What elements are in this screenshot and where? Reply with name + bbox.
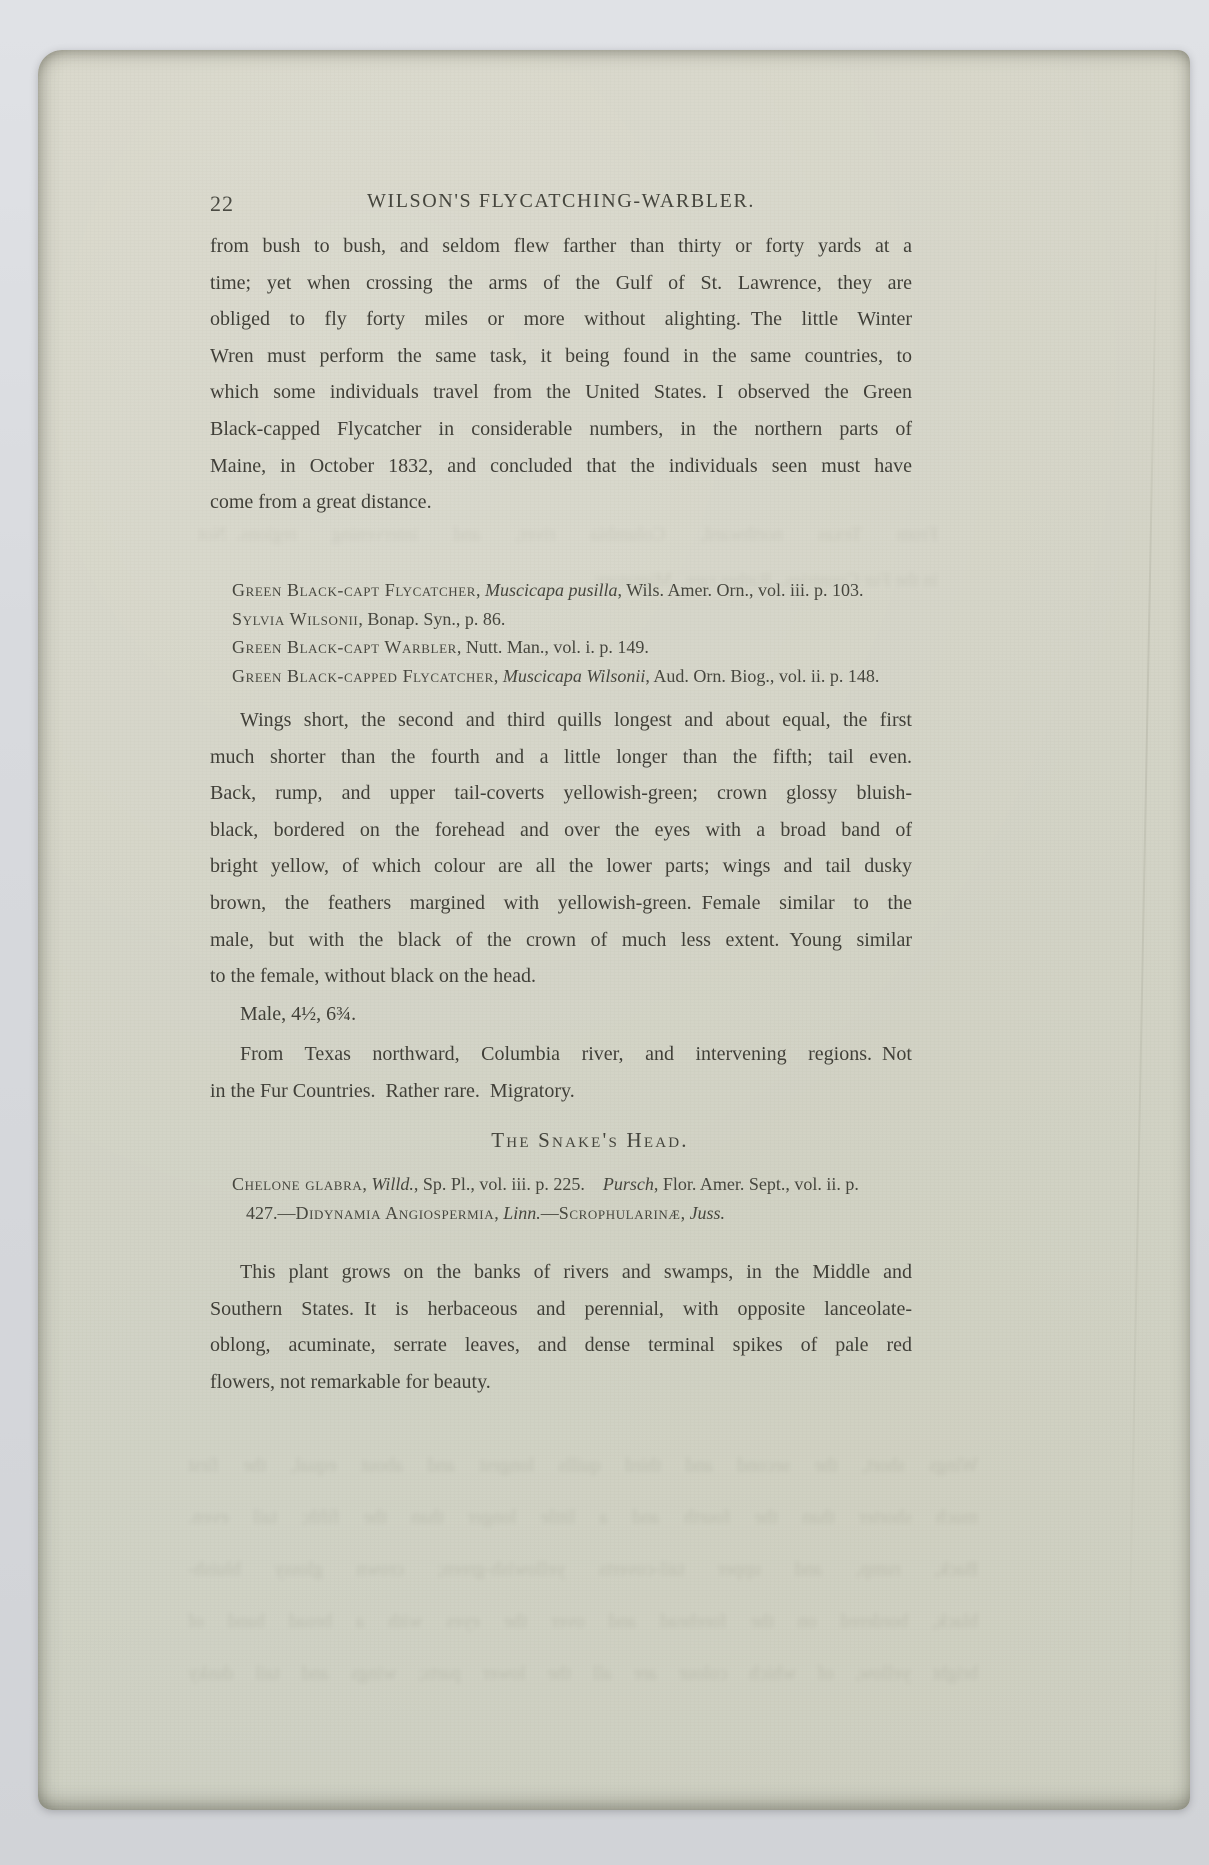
text-line: flowers, not remarkable for beauty.: [210, 1364, 912, 1401]
paper-crease: [1128, 190, 1159, 1690]
citation-line: Chelone glabra, Willd., Sp. Pl., vol. ii…: [210, 1170, 1022, 1199]
page-number: 22: [210, 191, 234, 217]
citation-segment: Green Black-capt Flycatcher: [232, 580, 476, 600]
citation-segment: , Sp. Pl., vol. iii. p. 225.: [414, 1174, 603, 1194]
citation-segment: Pursch: [603, 1174, 654, 1194]
paragraph-warbler-description: Wings short, the second and third quills…: [210, 702, 912, 995]
text-line: black, bordered on the forehead and over…: [210, 812, 912, 849]
text-line: time; yet when crossing the arms of the …: [210, 265, 912, 302]
citation-segment: Linn.: [503, 1203, 541, 1223]
text-line: bright yellow, of which colour are all t…: [210, 848, 912, 885]
bleed-through-text: Wings short, the second and third quills…: [188, 1440, 978, 1690]
text-line: from bush to bush, and seldom flew farth…: [210, 228, 912, 265]
book-page: 22 WILSON'S FLYCATCHING-WARBLER. from bu…: [38, 50, 1190, 1810]
section-heading-snakes-head: The Snake's Head.: [210, 1128, 970, 1153]
citation-segment: ,: [494, 666, 503, 686]
citation-segment: Juss.: [690, 1203, 726, 1223]
text-line: which some individuals travel from the U…: [210, 374, 912, 411]
text-line: oblong, acuminate, serrate leaves, and d…: [210, 1327, 912, 1364]
citation-segment: , Bonap. Syn., p. 86.: [358, 609, 505, 629]
citation-segment: Green Black-capt Warbler: [232, 637, 457, 657]
paragraph-snakes-head: This plant grows on the banks of rivers …: [210, 1254, 912, 1400]
text-line: male, but with the black of the crown of…: [210, 922, 912, 959]
citation-segment: , Flor. Amer. Sept., vol. ii. p.: [654, 1174, 859, 1194]
citation-segment: Muscicapa pusilla: [485, 580, 618, 600]
synonymy-snakes-head: Chelone glabra, Willd., Sp. Pl., vol. ii…: [210, 1170, 1022, 1227]
citation-line: Green Black-capped Flycatcher, Muscicapa…: [210, 662, 1022, 691]
text-line: much shorter than the fourth and a littl…: [188, 1492, 978, 1544]
paragraph-warbler-range: From Texas northward, Columbia river, an…: [210, 1036, 912, 1109]
citation-segment: Scrophularinæ: [559, 1203, 681, 1223]
citation-segment: Sylvia Wilsonii: [232, 609, 358, 629]
text-line: brown, the feathers margined with yellow…: [210, 885, 912, 922]
citation-segment: ,: [494, 1203, 503, 1223]
synonymy-warbler: Green Black-capt Flycatcher, Muscicapa p…: [210, 576, 1022, 690]
citation-segment: Chelone glabra: [232, 1174, 362, 1194]
text-line: Southern States. It is herbaceous and pe…: [210, 1291, 912, 1328]
text-line: come from a great distance.: [210, 484, 912, 521]
citation-segment: Green Black-capped Flycatcher: [232, 666, 494, 686]
text-line: This plant grows on the banks of rivers …: [210, 1254, 912, 1291]
text-line: Back, rump, and upper tail-coverts yello…: [210, 775, 912, 812]
page-header: 22 WILSON'S FLYCATCHING-WARBLER.: [210, 190, 912, 213]
citation-segment: ,: [476, 580, 485, 600]
citation-line: 427.—Didynamia Angiospermia, Linn.—Scrop…: [210, 1199, 1022, 1228]
citation-segment: , Nutt. Man., vol. i. p. 149.: [457, 637, 649, 657]
text-line: black, bordered on the forehead and over…: [188, 1596, 978, 1648]
text-line: Male, 4½, 6¾.: [210, 996, 912, 1033]
text-line: to the female, without black on the head…: [210, 958, 912, 995]
text-line: much shorter than the fourth and a littl…: [210, 739, 912, 776]
citation-segment: —: [541, 1203, 559, 1223]
text-line: bright yellow, of which colour are all t…: [188, 1648, 978, 1690]
citation-segment: Muscicapa Wilsonii: [503, 666, 646, 686]
measurements-line: Male, 4½, 6¾.: [210, 996, 912, 1033]
citation-segment: ,: [681, 1203, 690, 1223]
citation-line: Green Black-capt Flycatcher, Muscicapa p…: [210, 576, 1022, 605]
text-line: Wings short, the second and third quills…: [210, 702, 912, 739]
citation-segment: Willd.: [371, 1174, 414, 1194]
text-line: Back, rump, and upper tail-coverts yello…: [188, 1544, 978, 1596]
citation-segment: , Aud. Orn. Biog., vol. ii. p. 148.: [645, 666, 879, 686]
text-line: Maine, in October 1832, and concluded th…: [210, 448, 912, 485]
text-line: Black-capped Flycatcher in considerable …: [210, 411, 912, 448]
text-line: obliged to fly forty miles or more witho…: [210, 301, 912, 338]
text-line: From Texas northward, Columbia river, an…: [210, 1036, 912, 1073]
text-line: in the Fur Countries. Rather rare. Migra…: [210, 1073, 912, 1110]
citation-segment: ,: [362, 1174, 371, 1194]
citation-segment: Didynamia Angiospermia: [296, 1203, 495, 1223]
citation-segment: 427.—: [246, 1203, 296, 1223]
citation-line: Green Black-capt Warbler, Nutt. Man., vo…: [210, 633, 1022, 662]
paragraph-warbler-habits: from bush to bush, and seldom flew farth…: [210, 228, 912, 521]
citation-line: Sylvia Wilsonii, Bonap. Syn., p. 86.: [210, 605, 1022, 634]
text-line: Wren must perform the same task, it bein…: [210, 338, 912, 375]
citation-segment: , Wils. Amer. Orn., vol. iii. p. 103.: [618, 580, 864, 600]
text-line: Wings short, the second and third quills…: [188, 1440, 978, 1492]
running-title: WILSON'S FLYCATCHING-WARBLER.: [210, 190, 912, 213]
